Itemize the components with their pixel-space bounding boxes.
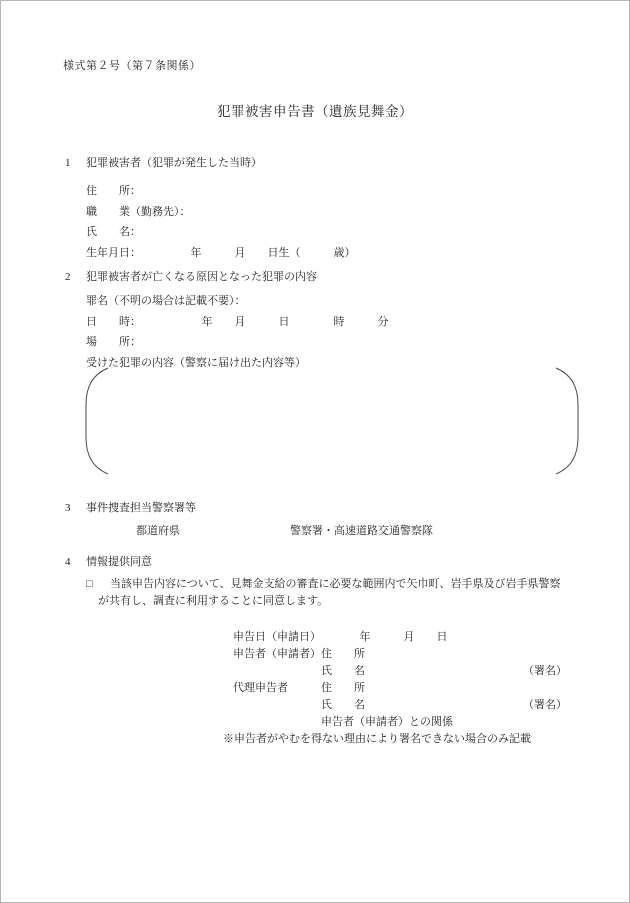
section-police-heading: 3事件捜査担当警察署等 [65, 501, 589, 516]
section-crime-heading: 2犯罪被害者が亡くなる原因となった犯罪の内容 [65, 270, 589, 285]
signature-note: ※申告者がやむを得ない理由により署名できない場合のみ記載 [223, 731, 531, 748]
victim-birthdate-label: 生年月日： 年 月 日生（ 歳） [86, 243, 589, 264]
section-crime-number: 2 [65, 270, 86, 285]
section-victim-heading: 1犯罪被害者（犯罪が発生した当時） [65, 156, 589, 171]
report-date-line: 申告日（申請日） 年 月 日 [233, 629, 531, 646]
document-page: 様式第２号（第７条関係） 犯罪被害申告書（遺族見舞金） 1犯罪被害者（犯罪が発生… [0, 0, 630, 903]
section-police-number: 3 [65, 501, 86, 516]
crime-place-label: 場 所： [86, 332, 589, 353]
proxy-address-line: 代理申告者 住 所 [233, 680, 531, 697]
proxy-name-line: 氏 名（署名） [233, 697, 531, 714]
section-police-title: 事件捜査担当警察署等 [86, 502, 196, 514]
relationship-line: 申告者（申請者）との関係 [233, 714, 531, 731]
form-number: 様式第２号（第７条関係） [63, 57, 201, 73]
proxy-name-label: 氏 名 [233, 699, 365, 711]
section-police: 3事件捜査担当警察署等 都道府県 警察署・高速道路交通警察隊 [65, 501, 589, 539]
applicant-signature-label: （署名） [523, 663, 567, 680]
crime-details-writein-area[interactable] [109, 367, 555, 475]
section-crime-title: 犯罪被害者が亡くなる原因となった犯罪の内容 [86, 271, 317, 283]
section-victim-title: 犯罪被害者（犯罪が発生した当時） [86, 157, 262, 169]
section-consent-title: 情報提供同意 [86, 556, 152, 568]
details-bracket-right-icon [555, 367, 579, 475]
consent-statement-text: 当該申告内容について、見舞金支給の審査に必要な範囲内で矢巾町、岩手県及び岩手県警… [110, 578, 561, 590]
proxy-signature-label: （署名） [523, 697, 567, 714]
section-consent-heading: 4情報提供同意 [65, 555, 589, 570]
consent-checkbox[interactable]: □ [86, 576, 110, 593]
section-crime: 2犯罪被害者が亡くなる原因となった犯罪の内容 罪名（不明の場合は記載不要）： 日… [65, 270, 589, 373]
page-title: 犯罪被害申告書（遺族見舞金） [1, 100, 629, 120]
section-consent: 4情報提供同意 □当該申告内容について、見舞金支給の審査に必要な範囲内で矢巾町、… [65, 555, 589, 610]
crime-datetime-label: 日 時： 年 月 日 時 分 [86, 312, 589, 333]
section-consent-number: 4 [65, 555, 86, 570]
victim-address-label: 住 所： [86, 181, 589, 202]
crime-offense-label: 罪名（不明の場合は記載不要）： [86, 291, 589, 312]
section-victim: 1犯罪被害者（犯罪が発生した当時） 住 所： 職 業（勤務先）： 氏 名： 生年… [65, 156, 589, 263]
signature-block: 申告日（申請日） 年 月 日 申告者（申請者）住 所 氏 名（署名） 代理申告者… [233, 629, 531, 748]
applicant-name-label: 氏 名 [233, 665, 365, 677]
consent-statement-line1: □当該申告内容について、見舞金支給の審査に必要な範囲内で矢巾町、岩手県及び岩手県… [86, 576, 589, 593]
applicant-address-line: 申告者（申請者）住 所 [233, 646, 531, 663]
consent-statement-line2: が共有し、調査に利用することに同意します。 [98, 593, 589, 610]
victim-name-label: 氏 名： [86, 222, 589, 243]
police-prefecture-line: 都道府県 警察署・高速道路交通警察隊 [136, 524, 589, 539]
section-victim-number: 1 [65, 156, 86, 171]
details-bracket-left-icon [85, 367, 109, 475]
victim-occupation-label: 職 業（勤務先）： [86, 202, 589, 223]
applicant-name-line: 氏 名（署名） [233, 663, 531, 680]
